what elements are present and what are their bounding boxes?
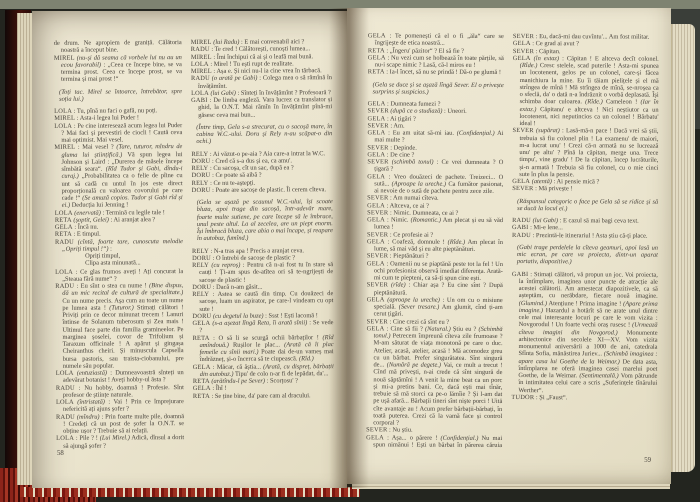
left-page-columns: de drum. Ne apropiem de graniță. Călător… (54, 38, 335, 456)
book-cover-bottom-edge (20, 487, 360, 497)
dialogue-line: GELA : Măcar, că ăștia... (Arată, cu dis… (193, 363, 334, 378)
stage-direction: (Între timp, Gela s-a strecurat, cu o sa… (196, 123, 332, 146)
dialogue-line: GELA : Oamenii nu se piaptănă peste tot … (367, 260, 503, 282)
dialogue-line: SEVER (supărat) : Lasă-mă-n pace ! Dacă … (512, 127, 658, 178)
dialogue-line: RADU (o arată pe Gabi) : Colega mea o să… (191, 74, 332, 89)
right-page: GELA : Te pomenești că el o fi „ăla“ car… (347, 8, 671, 484)
stage-direction: (Gela se duce și se așază lîngă Sever. E… (373, 81, 504, 96)
dialogue-line: RADU : Eu sînt o stea cu nume ! (Bine di… (55, 282, 184, 370)
dialogue-line: SEVER (după ce o studiază) : Uneori. (368, 108, 504, 116)
dialogue-line: RELY (cu reproș) : Pentru că n-ai fost t… (192, 261, 333, 284)
stage-direction: (Gela se așază pe scaunul W.C.-ului, își… (197, 198, 333, 242)
dialogue-line: LOLA (entuziastă) : Dumneavoastră sînteț… (56, 369, 184, 384)
dialogue-line: GABI : Stimați călători, vă propun un jo… (511, 270, 658, 394)
stage-direction: (Gabi trage perdelele la cîteva geamuri,… (517, 244, 658, 266)
dialogue-line: GELA : Așa... o părere ! (Confidențial.)… (366, 434, 502, 449)
dialogue-line: RADU : Nu hobby, doamnă ! Profesie. Sînt… (56, 384, 184, 399)
dialogue-line: LOLA : Pe cine interesează acum legea lu… (54, 122, 182, 145)
dialogue-line: GELA (aproape la ureche) : Un om cu o mi… (367, 296, 503, 318)
dialogue-continuation: de drum. Ne apropiem de graniță. Călător… (54, 39, 182, 54)
page-number: 59 (644, 457, 651, 464)
dialogue-line: DORU : Poate are sacoșe de plastic. Îi c… (192, 186, 333, 194)
dialogue-line: MIREL : Îmi închipui că ai și o leafă ma… (191, 53, 332, 61)
dialogue-line: SEVER : Am numai cîteva. (367, 195, 503, 203)
text-column: de drum. Ne apropiem de graniță. Călător… (54, 39, 185, 456)
dialogue-line: GELA (în extaz) : Căpitan ! E altceva de… (512, 55, 658, 128)
dialogue-line: LOLA : Ce glas frumos aveți ! Ați concur… (55, 268, 183, 283)
dialogue-line: GELA : Vreo douăzeci de pachete. Treizec… (367, 173, 503, 195)
dialogue-line: GABI : De limba engleză. Vara lucrez ca … (191, 96, 332, 119)
page-edges-right (671, 24, 695, 472)
dialogue-line: SEVER : Mă privește ! (512, 185, 658, 193)
dialogue-line: RETA : Se ține bine, da' pare cam al dra… (193, 392, 334, 400)
dialogue-line: GELA : Nimic. (Romantic.) Am plecat și e… (367, 216, 503, 231)
dialogue-line: RELY : Ai văzut-o pe-aia ? Aia care-a in… (191, 150, 332, 158)
stage-direction: (Răspunsul categoric o face pe Gela să s… (517, 198, 658, 213)
dialogue-line: TUDOR : Și „Faust“. (511, 394, 657, 402)
dialogue-line: MIREL : Mai vesel ? (Tare, tuturor, mînd… (54, 143, 182, 209)
song-verse: Opriți timpul,Clipa asta minunată... (85, 252, 183, 267)
dialogue-line: GELA : Cine să fii ? (Natural.) Știu eu … (366, 325, 502, 427)
dialogue-line: RETA : Ia-l încet, să nu se prindă ! Dă-… (368, 69, 504, 77)
dialogue-line: RETA : O să li se scurgă ochii bărbațilo… (193, 334, 334, 364)
left-page: de drum. Ne apropiem de graniță. Călător… (32, 11, 347, 488)
right-page-columns: GELA : Te pomenești că el o fi „ăla“ car… (366, 32, 659, 449)
dialogue-line: GELA (s-a așezat lîngă Reta, îi arată sî… (192, 319, 333, 334)
dialogue-line: SEVER (schimbă tonul) : Ce vrei dumneata… (367, 158, 503, 173)
dialogue-line: RADU (cîntă, foarte tare, cunoscuta melo… (55, 238, 183, 253)
dialogue-line: GELA : Te pomenești că el o fi „ăla“ car… (368, 32, 504, 47)
text-column: SEVER : Eu, dacă-mi dau cuvîntu'... Am f… (511, 33, 659, 450)
page-number: 58 (57, 450, 64, 457)
stage-direction: (Toți tac. Mirel se întoarce, întrebător… (59, 88, 182, 103)
text-column: GELA : Te pomenești că el o fi „ăla“ car… (366, 32, 504, 449)
dialogue-line: RADU (mîndru) : Prin foarte multe pile, … (56, 413, 184, 436)
book-photo: de drum. Ne apropiem de graniță. Călător… (0, 0, 700, 502)
dialogue-line: LOLA (enervată) : Termină cu legile tale… (55, 209, 183, 217)
dialogue-line: RADU : Prezintă-le itinerariul ! Asta șt… (512, 231, 658, 239)
dialogue-line: LOLA (întristată) : Vai ! Prin ce împrej… (56, 398, 184, 413)
dialogue-line: GELA : Nu vezi cum se holbează în toate … (368, 54, 504, 69)
dialogue-line: LOLA : Pile ? ! (Lui Mirel.) Adică, dîns… (56, 434, 184, 449)
dialogue-line: MIREL (nu-și dă seama că vorbele lui nu … (54, 54, 182, 84)
dialogue-line: RELY : Astea se caută din timp. Cu douăz… (192, 290, 333, 313)
dialogue-line: GELA : Eu am uitat să-mi iau. (Confidenț… (367, 129, 503, 144)
dialogue-line: GELA : Coafeză, domnule ! (Rîde.) Am ple… (367, 238, 503, 253)
text-column: MIREL (lui Radu) : E mai convenabil aici… (191, 38, 335, 455)
dialogue-line: SEVER (rîde) : Chiar așa ? Eu cine sînt … (367, 282, 503, 297)
